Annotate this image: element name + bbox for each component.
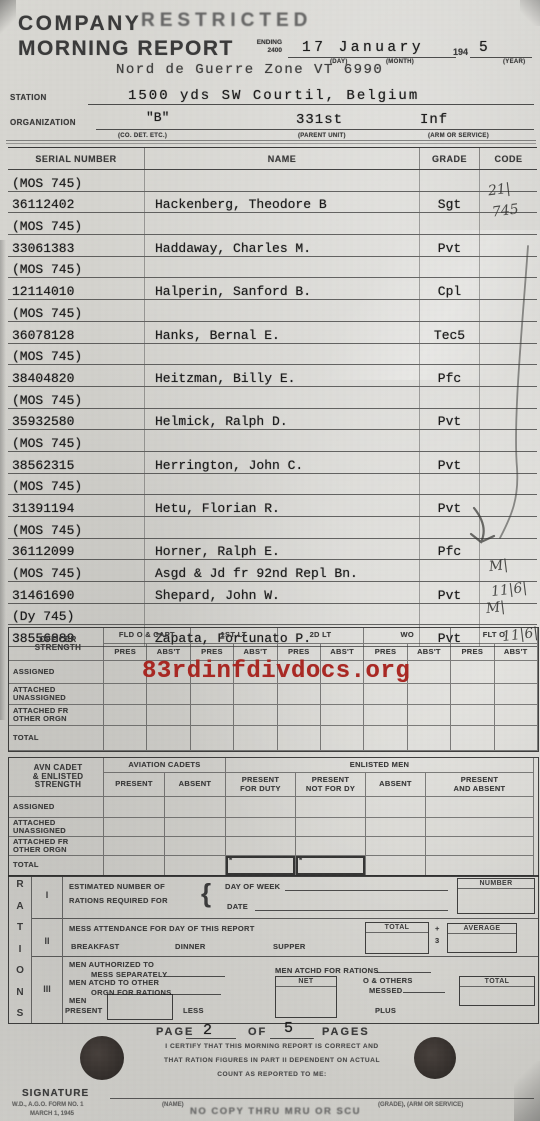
roster-code: [480, 365, 537, 386]
roster-serial: (MOS 745): [8, 430, 145, 451]
rations-roman-column: I II III: [32, 876, 63, 1023]
officer-cell: [408, 726, 451, 751]
station-value: 1500 yds SW Courtil, Belgium: [128, 88, 419, 104]
grade-service-sublabel: (GRADE), (ARM OR SERVICE): [378, 1102, 463, 1108]
officer-group-header: 2D LT: [278, 628, 365, 644]
col-header-grade: GRADE: [420, 148, 480, 169]
roster-row: (MOS 745): [8, 517, 537, 539]
roster-code: [480, 495, 537, 516]
org-service-sublabel: (ARM OR SERVICE): [428, 133, 489, 139]
officer-cell: [147, 684, 190, 705]
divide-three: 3: [435, 936, 439, 945]
roster-serial: (MOS 745): [8, 517, 145, 538]
roster-row: (MOS 745): [8, 430, 537, 452]
roster-code: [480, 474, 537, 495]
roster-serial: 12114010: [8, 278, 145, 299]
roster-row: (Dy 745): [8, 604, 537, 626]
officer-cell: [147, 705, 190, 726]
men-present-box: [107, 994, 173, 1020]
day-of-week-line: [285, 878, 448, 891]
roster-serial: (MOS 745): [8, 387, 145, 408]
avn-cell: [226, 818, 296, 837]
avn-cell: [104, 818, 165, 837]
roster-grade: [420, 474, 480, 495]
number-box: NUMBER: [457, 878, 535, 914]
roster-name: Hetu, Florian R.: [145, 495, 420, 516]
officer-cell: [104, 726, 147, 751]
roster-row: 33061383Haddaway, Charles M.Pvt: [8, 235, 537, 257]
roster-serial: 36112099: [8, 539, 145, 560]
roster-name: Herrington, John C.: [145, 452, 420, 473]
rations-letter: S: [17, 1009, 24, 1019]
roster-code: [480, 430, 537, 451]
roster-grade: Pvt: [420, 235, 480, 256]
roster-serial: 31461690: [8, 582, 145, 603]
officer-cell: [191, 705, 234, 726]
roster-name: [145, 517, 420, 538]
morning-report-scan: COMPANY MORNING REPORT RESTRICTED ENDING…: [0, 0, 540, 1121]
ending-time: 2400: [268, 47, 282, 54]
roster-code: [480, 235, 537, 256]
part-divider: [32, 956, 62, 957]
roster-grade: Pvt: [420, 409, 480, 430]
number-box-label: NUMBER: [458, 879, 534, 889]
supper-label: SUPPER: [273, 942, 306, 951]
roster-header-row: SERIAL NUMBER NAME GRADE CODE: [8, 148, 537, 170]
officer-cell: [495, 684, 538, 705]
copy-routing-stamp: NO COPY THRU MRU OR SCU: [190, 1106, 361, 1117]
breakfast-label: BREAKFAST: [71, 942, 120, 951]
enlisted-men-header: ENLISTED MEN: [226, 758, 534, 773]
avn-col-header: PRESENT AND ABSENT: [426, 773, 534, 797]
avn-col-header: PRESENT: [104, 773, 165, 797]
roster-grade: Cpl: [420, 278, 480, 299]
roster-grade: [420, 170, 480, 191]
officer-cell: [408, 684, 451, 705]
rations-body: ESTIMATED NUMBER OF RATIONS REQUIRED FOR…: [63, 876, 538, 1023]
rations-section: RATIONS I II III ESTIMATED NUMBER OF RAT…: [8, 875, 539, 1024]
officer-cell: [321, 705, 364, 726]
roster-grade: [420, 430, 480, 451]
officer-cell: [451, 661, 494, 684]
enlisted-strength-table: AVN CADET & ENLISTED STRENGTHAVIATION CA…: [8, 757, 539, 877]
pres-header: PRES: [451, 644, 494, 661]
col-header-name: NAME: [145, 148, 420, 169]
avn-cell: [366, 856, 426, 876]
avn-cell: [165, 856, 226, 876]
officer-group-header: FLD O & CAPT: [104, 628, 191, 644]
signature-label: SIGNATURE: [22, 1088, 89, 1099]
average-box: AVERAGE: [447, 923, 517, 953]
col-header-code: CODE: [480, 148, 537, 169]
avn-cell: [366, 837, 426, 856]
officer-cell: [104, 705, 147, 726]
roster-grade: Pfc: [420, 539, 480, 560]
rations-letter: O: [16, 966, 24, 976]
roster-name: Halperin, Sanford B.: [145, 278, 420, 299]
rations-letter: T: [17, 923, 23, 933]
roster-grade: [420, 300, 480, 321]
officer-cell: [278, 726, 321, 751]
page-number: 2: [203, 1022, 212, 1039]
handwritten-mark: M|: [488, 557, 509, 575]
part-divider: [63, 918, 538, 919]
roster-row: 38404820Heitzman, Billy E.Pfc: [8, 365, 537, 387]
officer-cell: [495, 705, 538, 726]
officer-strength-table: OFFICER STRENGTHFLD O & CAPTPRESABS'T1ST…: [8, 627, 539, 752]
roster-row: (MOS 745): [8, 344, 537, 366]
handwritten-mark: 21|: [487, 181, 511, 200]
punch-hole: [414, 1037, 456, 1079]
rations-letter: I: [19, 945, 22, 955]
scan-edge-shadow: [0, 240, 6, 720]
roster-row: 36078128Hanks, Bernal E.Tec5: [8, 322, 537, 344]
officer-cell: [278, 684, 321, 705]
roster-grade: Pvt: [420, 582, 480, 603]
officer-cell: [495, 661, 538, 684]
officer-cell: [104, 661, 147, 684]
roster-name: [145, 604, 420, 625]
org-arm-service: Inf: [420, 112, 448, 128]
roster-grade: [420, 517, 480, 538]
roman-numeral-3: III: [32, 984, 62, 994]
officer-row-label: TOTAL: [9, 726, 104, 751]
avn-cell: [426, 837, 534, 856]
rations-total-box: TOTAL: [459, 976, 535, 1006]
roster-grade: [420, 213, 480, 234]
officer-cell: [364, 684, 407, 705]
roster-grade: [420, 604, 480, 625]
officer-row-label: ATTACHED FR OTHER ORGN: [9, 705, 104, 726]
signature-line: [110, 1098, 534, 1099]
avn-cell: [426, 797, 534, 818]
org-company-sublabel: (CO. DET. ETC.): [118, 133, 167, 139]
avn-col-header: PRESENT FOR DUTY: [226, 773, 296, 797]
avn-strength-title: AVN CADET & ENLISTED STRENGTH: [9, 758, 104, 797]
certify-line-2: THAT RATION FIGURES IN PART II DEPENDENT…: [164, 1057, 380, 1064]
ending-word: ENDING: [257, 39, 282, 46]
avn-cell: [426, 856, 534, 876]
men-atchd-rations: MEN ATCHD FOR RATIONS: [275, 966, 379, 975]
name-sublabel: (NAME): [162, 1102, 184, 1108]
officer-cell: [234, 726, 277, 751]
officer-cell: [408, 661, 451, 684]
roster-name: Horner, Ralph E.: [145, 539, 420, 560]
map-coordinates: Nord de Guerre Zone VT 6990: [116, 62, 383, 78]
scan-corner-smudge: [514, 1061, 540, 1121]
roster-row: (MOS 745): [8, 300, 537, 322]
men-atchd-other-1: MEN ATCHD TO OTHER: [69, 978, 159, 987]
avn-cell: [296, 818, 366, 837]
dinner-label: DINNER: [175, 942, 206, 951]
avn-row-label: ATTACHED UNASSIGNED: [9, 818, 104, 837]
roster-serial: 36078128: [8, 322, 145, 343]
roster-name: [145, 257, 420, 278]
organization-label: ORGANIZATION: [10, 118, 76, 127]
year-prefix: 194: [453, 47, 468, 57]
men-authorized-1: MEN AUTHORIZED TO: [69, 960, 154, 969]
roster-row: (MOS 745): [8, 213, 537, 235]
scan-corner-smudge: [0, 0, 16, 34]
punch-hole: [80, 1036, 124, 1080]
atchd-line: [375, 962, 431, 973]
roster-row: (MOS 745): [8, 257, 537, 279]
officer-group-header: WO: [364, 628, 451, 644]
roster-name: Hanks, Bernal E.: [145, 322, 420, 343]
org-parent-unit: 331st: [296, 112, 343, 128]
roster-serial: (MOS 745): [8, 257, 145, 278]
roster-name: Helmick, Ralph D.: [145, 409, 420, 430]
ending-label: ENDING 2400: [244, 39, 282, 55]
roster-grade: Sgt: [420, 192, 480, 213]
o-and-others-2: MESSED: [369, 986, 402, 995]
officer-cell: [278, 705, 321, 726]
roster-row: (MOS 745): [8, 170, 537, 192]
avn-cell: [226, 797, 296, 818]
officer-cell: [451, 684, 494, 705]
abst-header: ABS'T: [408, 644, 451, 661]
estimated-label-2: RATIONS REQUIRED FOR: [69, 896, 168, 905]
rations-letter: N: [16, 988, 23, 998]
officer-cell: [147, 726, 190, 751]
roster-code: [480, 409, 537, 430]
roster-serial: (MOS 745): [8, 560, 145, 581]
year-suffix: 5: [479, 40, 488, 56]
officer-strength-title: OFFICER STRENGTH: [9, 628, 104, 661]
roster-grade: Pfc: [420, 365, 480, 386]
officer-row-label: ATTACHED UNASSIGNED: [9, 684, 104, 705]
station-label: STATION: [10, 93, 47, 102]
aviation-cadets-header: AVIATION CADETS: [104, 758, 226, 773]
avn-cell: [366, 797, 426, 818]
roster-code: [480, 387, 537, 408]
roster-name: Hackenberg, Theodore B: [145, 192, 420, 213]
page-total: 5: [284, 1020, 293, 1037]
roster-grade: [420, 344, 480, 365]
handwritten-mark: M|: [485, 599, 506, 617]
less-label: LESS: [183, 1006, 204, 1015]
roster-row: 31461690Shepard, John W.Pvt: [8, 582, 537, 604]
of-label: OF: [248, 1026, 267, 1038]
officer-cell: [321, 726, 364, 751]
roster-grade: Pvt: [420, 495, 480, 516]
net-box: NET: [275, 976, 337, 1018]
scan-corner-smudge: [520, 0, 540, 26]
avn-cell: [226, 837, 296, 856]
roster-code: [480, 278, 537, 299]
mess-sep-line: [163, 966, 225, 977]
certify-line-1: I CERTIFY THAT THIS MORNING REPORT IS CO…: [165, 1043, 378, 1050]
roster-row: 35932580Helmick, Ralph D.Pvt: [8, 409, 537, 431]
month-label: (MONTH): [386, 59, 414, 65]
restricted-stamp: RESTRICTED: [141, 10, 312, 32]
officer-cell: [451, 705, 494, 726]
roster-table: SERIAL NUMBER NAME GRADE CODE (MOS 745)3…: [8, 147, 537, 647]
avn-cell: [165, 797, 226, 818]
roster-code: [480, 452, 537, 473]
avn-cell: [366, 818, 426, 837]
officer-cell: [321, 684, 364, 705]
men-present-2: PRESENT: [65, 1006, 103, 1015]
roster-serial: (MOS 745): [8, 213, 145, 234]
form-number: W.D., A.G.O. FORM NO. 1: [12, 1102, 83, 1108]
roster-code: [480, 300, 537, 321]
roster-serial: (MOS 745): [8, 170, 145, 191]
officer-cell: [364, 705, 407, 726]
certification-text: I CERTIFY THAT THIS MORNING REPORT IS CO…: [120, 1040, 424, 1082]
avn-cell: [426, 818, 534, 837]
part-divider: [32, 918, 62, 919]
officer-group-header: 1ST LT: [191, 628, 278, 644]
officer-row-label: ASSIGNED: [9, 661, 104, 684]
avn-cell: [296, 837, 366, 856]
roster-name: [145, 344, 420, 365]
roster-row: 31391194Hetu, Florian R.Pvt: [8, 495, 537, 517]
org-parent-sublabel: (PARENT UNIT): [298, 133, 346, 139]
avn-cell: [104, 837, 165, 856]
officer-cell: [191, 726, 234, 751]
roster-serial: (MOS 745): [8, 474, 145, 495]
roster-code: [480, 322, 537, 343]
year-label: (YEAR): [503, 59, 525, 65]
roster-code: [480, 539, 537, 560]
messed-line: [403, 982, 445, 993]
officer-cell: [191, 684, 234, 705]
part-divider: [63, 956, 538, 957]
form-date: MARCH 1, 1945: [30, 1111, 74, 1117]
mess-total-box: TOTAL: [365, 922, 429, 954]
roster-code: [480, 257, 537, 278]
avn-cell: [104, 797, 165, 818]
roster-serial: (Dy 745): [8, 604, 145, 625]
org-company: "B": [146, 110, 169, 125]
roster-code: [480, 517, 537, 538]
officer-cell: [451, 726, 494, 751]
roster-row: 12114010Halperin, Sanford B.Cpl: [8, 278, 537, 300]
pres-header: PRES: [104, 644, 147, 661]
avn-row-label: ATTACHED FR OTHER ORGN: [9, 837, 104, 856]
date-value: 17 January: [302, 40, 424, 56]
mess-attendance-label: MESS ATTENDANCE FOR DAY OF THIS REPORT: [69, 924, 255, 933]
roster-row: (MOS 745): [8, 387, 537, 409]
roster-serial: 38562315: [8, 452, 145, 473]
certify-line-3: COUNT AS REPORTED TO ME:: [217, 1071, 326, 1078]
roman-numeral-1: I: [32, 890, 62, 900]
officer-cell: [364, 726, 407, 751]
roster-name: [145, 474, 420, 495]
roster-name: [145, 170, 420, 191]
avn-cell: [165, 818, 226, 837]
roster-name: [145, 430, 420, 451]
roster-name: Shepard, John W.: [145, 582, 420, 603]
avn-cell: [104, 856, 165, 876]
net-box-label: NET: [276, 977, 336, 987]
roster-name: [145, 213, 420, 234]
roman-numeral-2: II: [32, 936, 62, 946]
avn-col-header: ABSENT: [165, 773, 226, 797]
roster-name: Asgd & Jd fr 92nd Repl Bn.: [145, 560, 420, 581]
date-label: DATE: [227, 902, 248, 911]
roster-body: (MOS 745)36112402Hackenberg, Theodore BS…: [8, 170, 537, 647]
roster-grade: Tec5: [420, 322, 480, 343]
roster-row: 36112099Horner, Ralph E.Pfc: [8, 539, 537, 561]
men-present-1: MEN: [69, 996, 87, 1005]
officer-cell: [408, 705, 451, 726]
roster-grade: [420, 257, 480, 278]
roster-serial: (MOS 745): [8, 344, 145, 365]
roster-row: (MOS 745)Asgd & Jd fr 92nd Repl Bn.: [8, 560, 537, 582]
divider: [6, 140, 536, 141]
rations-letter: A: [16, 902, 23, 912]
avn-cell: *: [296, 856, 366, 876]
roster-serial: 36112402: [8, 192, 145, 213]
officer-cell: [495, 726, 538, 751]
roster-serial: (MOS 745): [8, 300, 145, 321]
handwritten-mark: 745: [491, 201, 519, 220]
abst-header: ABS'T: [495, 644, 538, 661]
brace: {: [201, 878, 211, 909]
roster-grade: Pvt: [420, 452, 480, 473]
average-box-label: AVERAGE: [448, 924, 516, 934]
roster-code: [480, 344, 537, 365]
pages-label: PAGES: [322, 1026, 370, 1038]
estimated-label-1: ESTIMATED NUMBER OF: [69, 882, 165, 891]
roster-serial: 35932580: [8, 409, 145, 430]
roster-grade: [420, 387, 480, 408]
rations-letter: R: [16, 880, 23, 890]
roster-name: Haddaway, Charles M.: [145, 235, 420, 256]
divide-plus: +: [435, 924, 440, 933]
roster-name: [145, 300, 420, 321]
roster-name: [145, 387, 420, 408]
officer-cell: [234, 684, 277, 705]
rations-total-label: TOTAL: [460, 977, 534, 987]
officer-cell: [104, 684, 147, 705]
roster-row: 38562315Herrington, John C.Pvt: [8, 452, 537, 474]
roster-grade: [420, 560, 480, 581]
rations-vertical-label: RATIONS: [9, 876, 32, 1023]
avn-cell: [296, 797, 366, 818]
form-title-line1: COMPANY: [18, 12, 141, 36]
roster-row: 36112402Hackenberg, Theodore BSgt: [8, 192, 537, 214]
date-line: [255, 898, 448, 911]
roster-row: (MOS 745): [8, 474, 537, 496]
roster-serial: 38404820: [8, 365, 145, 386]
day-of-week-label: DAY OF WEEK: [225, 882, 280, 891]
avn-row-label: ASSIGNED: [9, 797, 104, 818]
officer-cell: [234, 705, 277, 726]
plus-label: PLUS: [375, 1006, 396, 1015]
avn-row-label: TOTAL: [9, 856, 104, 876]
roster-serial: 31391194: [8, 495, 145, 516]
form-title-line2: MORNING REPORT: [18, 37, 234, 61]
avn-cell: [165, 837, 226, 856]
avn-col-header: ABSENT: [366, 773, 426, 797]
avn-cell: *: [226, 856, 296, 876]
mess-total-label: TOTAL: [366, 923, 428, 933]
col-header-serial: SERIAL NUMBER: [8, 148, 145, 169]
avn-col-header: PRESENT NOT FOR DY: [296, 773, 366, 797]
archive-watermark: 83rdinfdivdocs.org: [142, 658, 410, 685]
roster-serial: 33061383: [8, 235, 145, 256]
divider: [6, 143, 536, 144]
roster-name: Heitzman, Billy E.: [145, 365, 420, 386]
